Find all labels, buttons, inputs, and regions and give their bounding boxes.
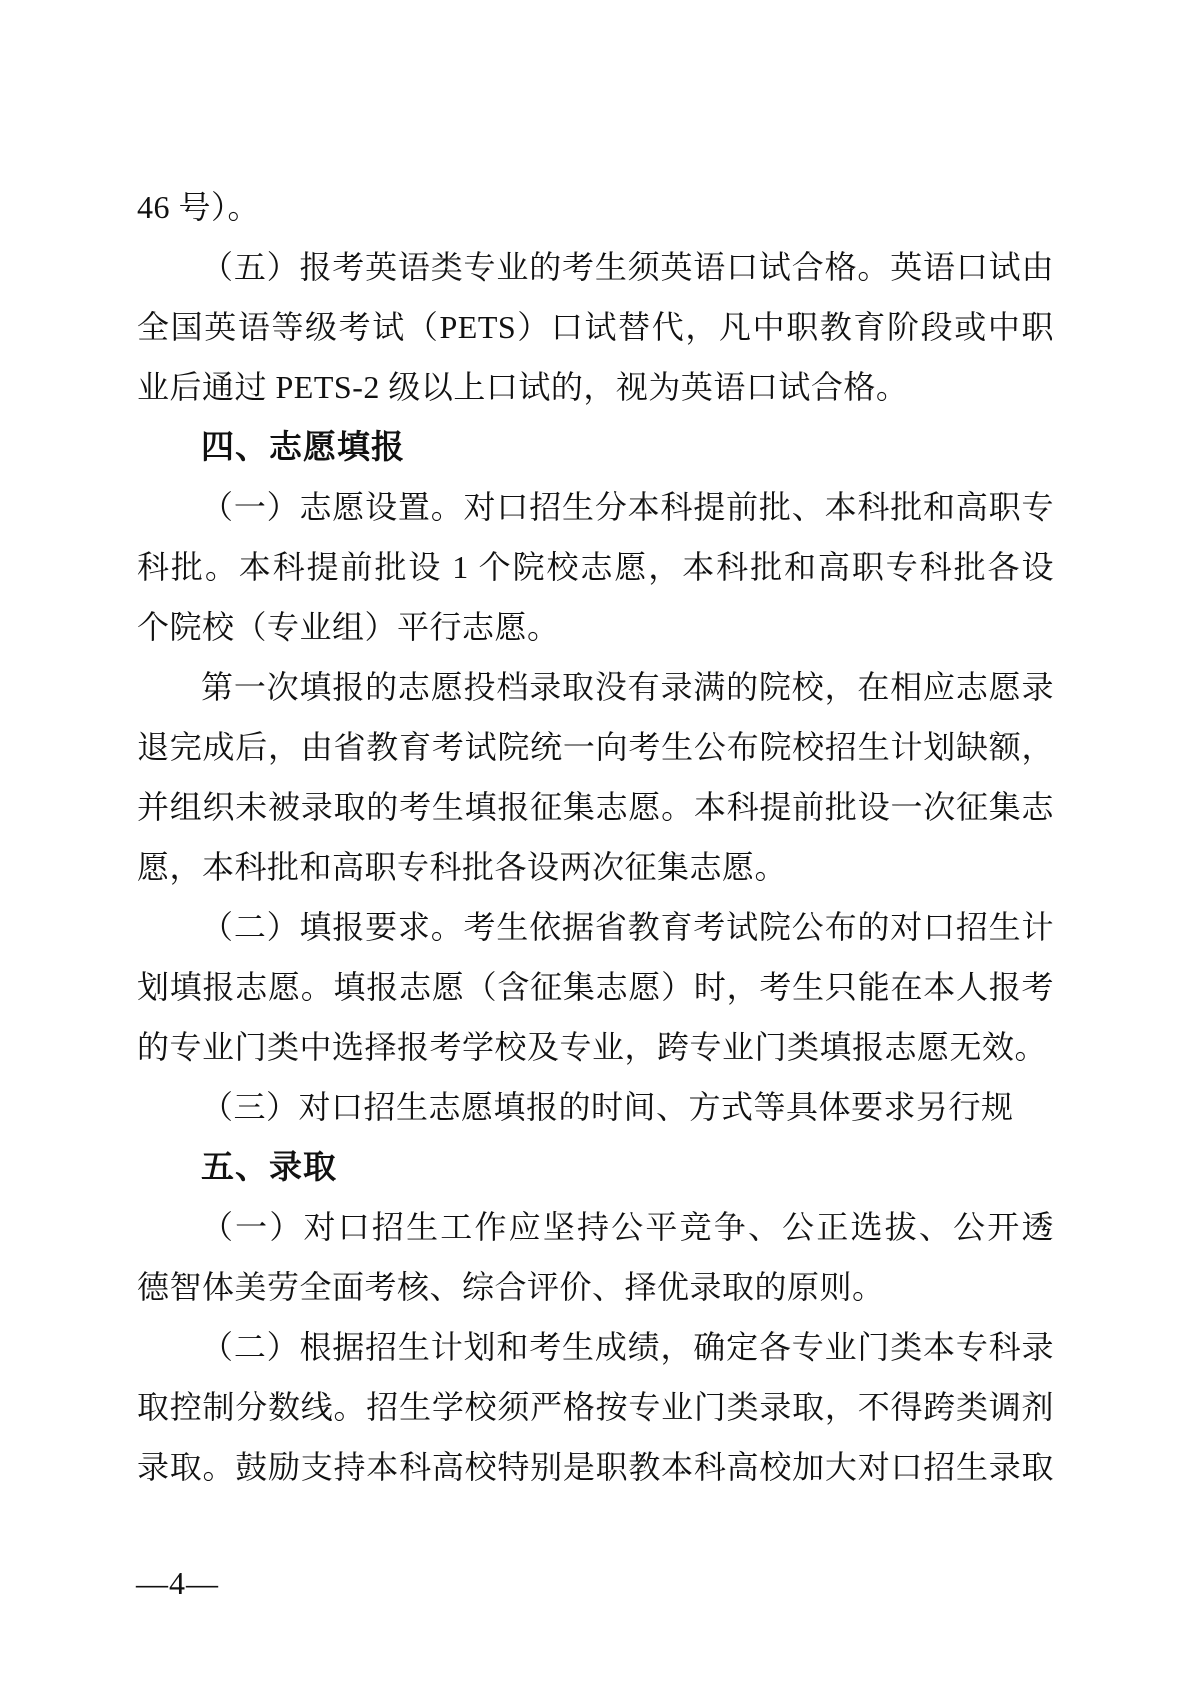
text-line: （一）志愿设置。对口招生分本科提前批、本科批和高职专 (137, 477, 1054, 537)
text-line: 愿，本科批和高职专科批各设两次征集志愿。 (137, 837, 1054, 897)
document-page: 46 号）。 （五）报考英语类专业的考生须英语口试合格。英语口试由 全国英语等级… (0, 0, 1191, 1684)
text-line: 取控制分数线。招生学校须严格按专业门类录取，不得跨类调剂 (137, 1377, 1054, 1437)
page-number: —4— (136, 1558, 219, 1608)
text-line: 第一次填报的志愿投档录取没有录满的院校，在相应志愿录 (137, 657, 1054, 717)
text-line: 德智体美劳全面考核、综合评价、择优录取的原则。 (137, 1257, 1054, 1317)
text-line: 个院校（专业组）平行志愿。 (137, 597, 1054, 657)
text-line: 并组织未被录取的考生填报征集志愿。本科提前批设一次征集志 (137, 777, 1054, 837)
section-heading: 四、志愿填报 (137, 417, 1054, 477)
text-line: （二）根据招生计划和考生成绩，确定各专业门类本专科录 (137, 1317, 1054, 1377)
text-line: （三）对口招生志愿填报的时间、方式等具体要求另行规定。 (137, 1077, 1054, 1137)
text-line: （二）填报要求。考生依据省教育考试院公布的对口招生计 (137, 897, 1054, 957)
text-line: 划填报志愿。填报志愿（含征集志愿）时，考生只能在本人报考 (137, 957, 1054, 1017)
text-line: 录取。鼓励支持本科高校特别是职教本科高校加大对口招生录取 (137, 1437, 1054, 1497)
text-line: 的专业门类中选择报考学校及专业，跨专业门类填报志愿无效。 (137, 1017, 1054, 1077)
text-line: 46 号）。 (137, 177, 1054, 237)
text-line: 退完成后，由省教育考试院统一向考生公布院校招生计划缺额， (137, 717, 1054, 777)
text-line: 全国英语等级考试（PETS）口试替代，凡中职教育阶段或中职毕 (137, 297, 1054, 357)
text-line: 科批。本科提前批设 1 个院校志愿，本科批和高职专科批各设 10 (137, 537, 1054, 597)
text-line: （一）对口招生工作应坚持公平竞争、公正选拔、公开透明、 (137, 1197, 1054, 1257)
document-body: 46 号）。 （五）报考英语类专业的考生须英语口试合格。英语口试由 全国英语等级… (137, 177, 1054, 1497)
text-line: （五）报考英语类专业的考生须英语口试合格。英语口试由 (137, 237, 1054, 297)
section-heading: 五、录取 (137, 1137, 1054, 1197)
text-line: 业后通过 PETS-2 级以上口试的，视为英语口试合格。 (137, 357, 1054, 417)
